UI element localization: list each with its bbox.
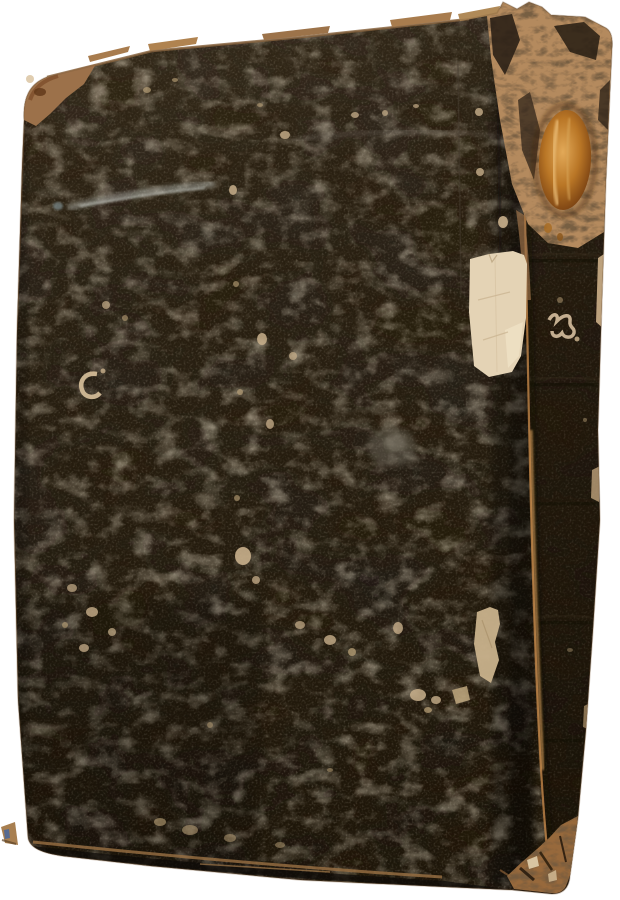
book-photo: [0, 0, 620, 900]
antique-book: [1, 2, 616, 898]
photo-canvas: [0, 0, 620, 900]
front-cover-texture: [12, 13, 550, 895]
spine-paper-patch: [469, 251, 527, 377]
blue-fleck: [4, 829, 10, 839]
